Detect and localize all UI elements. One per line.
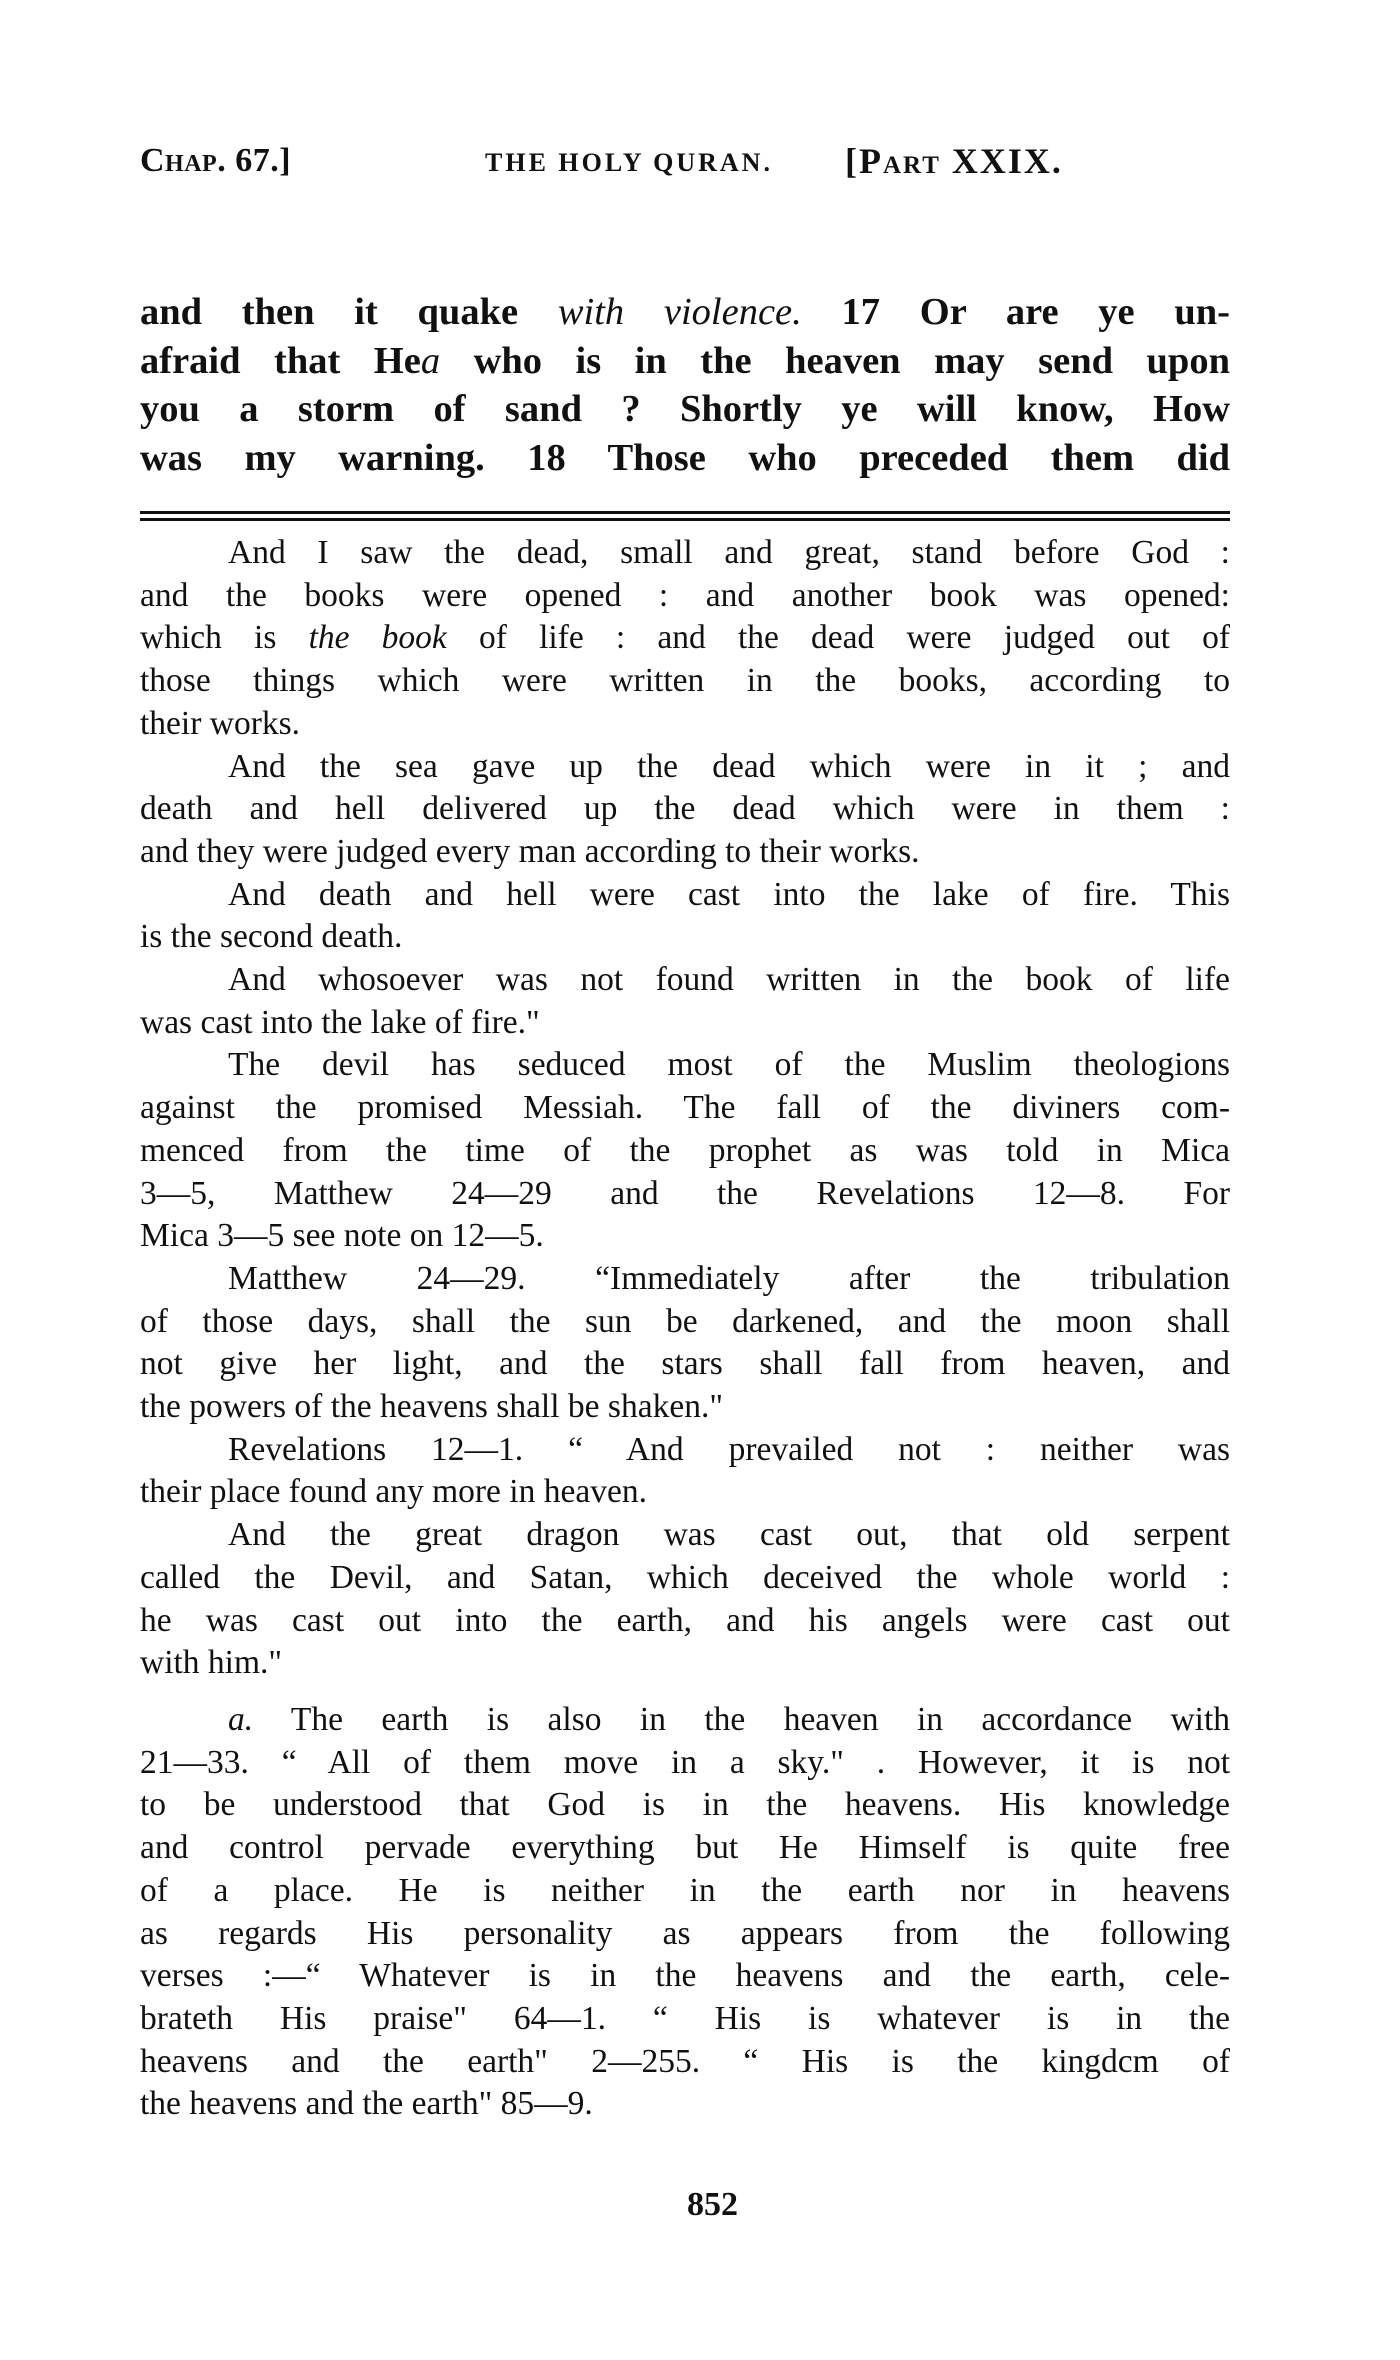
note-line: of a place. He is neither in the earth n… [140,1870,1230,1913]
note-line: And whosoever was not found written in t… [140,959,1230,1002]
note-line: And the sea gave up the dead which were … [140,746,1230,789]
main-translation-text: and then it quake with violence. 17 Or a… [140,288,1230,482]
note-line: Matthew 24—29. “Immediately after the tr… [140,1258,1230,1301]
note-line: and control pervade everything but He Hi… [140,1827,1230,1870]
note-line: Mica 3—5 see note on 12—5. [140,1215,1230,1258]
note-line: their place found any more in heaven. [140,1471,1230,1514]
note-line: is the second death. [140,916,1230,959]
note-line: their works. [140,703,1230,746]
paragraph-gap [140,1685,1230,1699]
part-label: [Part XXIX. [845,140,1063,182]
note-line: to be understood that God is in the heav… [140,1784,1230,1827]
note-paragraph: And the sea gave up the dead which were … [140,746,1230,874]
note-line: Revelations 12—1. “ And prevailed not : … [140,1429,1230,1472]
book-title: THE HOLY QURAN. [485,148,773,178]
note-line: death and hell delivered up the dead whi… [140,788,1230,831]
note-line: was cast into the lake of fire." [140,1002,1230,1045]
italic-phrase: the book [309,619,447,656]
note-paragraph: Revelations 12—1. “ And prevailed not : … [140,1429,1230,1514]
note-paragraph: Matthew 24—29. “Immediately after the tr… [140,1258,1230,1429]
note-line: verses :—“ Whatever is in the heavens an… [140,1955,1230,1998]
note-paragraph: And whosoever was not found written in t… [140,959,1230,1044]
commentary-notes: And I saw the dead, small and great, sta… [140,532,1230,2126]
note-line: called the Devil, and Satan, which decei… [140,1557,1230,1600]
note-line: a. The earth is also in the heaven in ac… [140,1699,1230,1742]
section-divider-bottom [140,518,1230,521]
note-line: those things which were written in the b… [140,660,1230,703]
note-line: against the promised Messiah. The fall o… [140,1087,1230,1130]
note-line: And the great dragon was cast out, that … [140,1514,1230,1557]
main-text-line: and then it quake with violence. 17 Or a… [140,288,1230,337]
page-number: 852 [0,2186,1400,2224]
note-line: the heavens and the earth" 85—9. [140,2083,1230,2126]
note-line: And I saw the dead, small and great, sta… [140,532,1230,575]
running-header: Chap. 67.] THE HOLY QURAN. [Part XXIX. [140,142,1230,192]
note-line: 3—5, Matthew 24—29 and the Revelations 1… [140,1173,1230,1216]
note-line: with him." [140,1642,1230,1685]
note-paragraph: And the great dragon was cast out, that … [140,1514,1230,1685]
note-line: The devil has seduced most of the Muslim… [140,1044,1230,1087]
footnote-marker: a [421,340,440,382]
chapter-label: Chap. 67.] [140,142,291,180]
note-paragraph: And death and hell were cast into the la… [140,874,1230,959]
note-line: which is the book of life : and the dead… [140,617,1230,660]
section-divider-top [140,511,1230,514]
main-text-line: afraid that Hea who is in the heaven may… [140,337,1230,386]
note-line: 21—33. “ All of them move in a sky." . H… [140,1742,1230,1785]
italic-phrase: a. [228,1701,253,1738]
note-line: brateth His praise" 64—1. “ His is whate… [140,1998,1230,2041]
note-line: menced from the time of the prophet as w… [140,1130,1230,1173]
italic-phrase: with violence. [558,291,802,333]
note-line: And death and hell were cast into the la… [140,874,1230,917]
note-paragraph: The devil has seduced most of the Muslim… [140,1044,1230,1258]
note-line: of those days, shall the sun be darkened… [140,1301,1230,1344]
note-line: heavens and the earth" 2—255. “ His is t… [140,2041,1230,2084]
note-paragraph: a. The earth is also in the heaven in ac… [140,1699,1230,2126]
main-text-line: you a storm of sand ? Shortly ye will kn… [140,385,1230,434]
note-line: and they were judged every man according… [140,831,1230,874]
note-line: he was cast out into the earth, and his … [140,1600,1230,1643]
note-line: the powers of the heavens shall be shake… [140,1386,1230,1429]
main-text-line: was my warning. 18 Those who preceded th… [140,434,1230,483]
note-line: and the books were opened : and another … [140,575,1230,618]
note-line: as regards His personality as appears fr… [140,1913,1230,1956]
note-paragraph: And I saw the dead, small and great, sta… [140,532,1230,746]
note-line: not give her light, and the stars shall … [140,1343,1230,1386]
